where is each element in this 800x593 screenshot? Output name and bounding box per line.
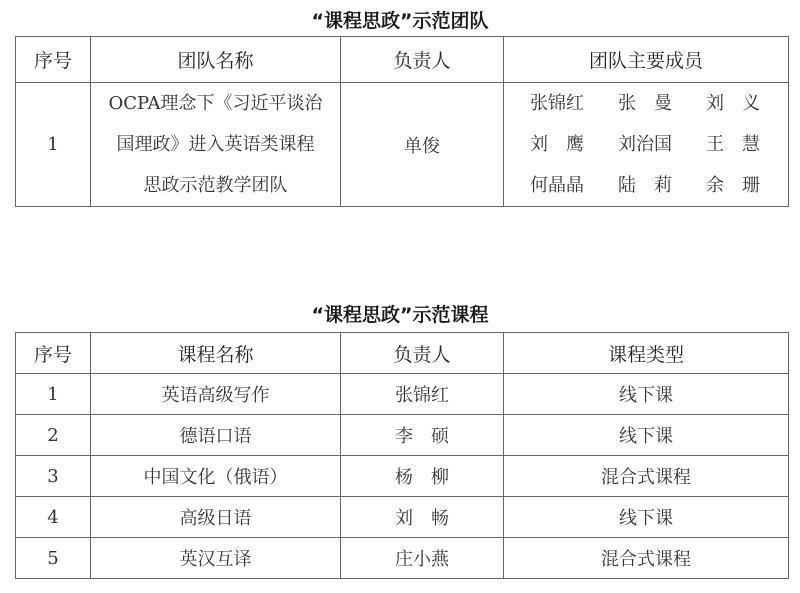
team-table: 序号 团队名称 负责人 团队主要成员 1 OCPA理念下《习近平谈治 国理政》进… [15,36,789,207]
team-section-title: “课程思政”示范团队 [0,6,800,33]
member-name: 余 珊 [706,165,760,206]
cell-course-type: 线下课 [504,374,789,415]
team-name-line: 国理政》进入英语类课程 [91,124,340,165]
cell-leader: 刘 畅 [341,497,504,538]
member-name: 刘 义 [706,83,760,124]
cell-course-name: 中国文化（俄语） [91,456,341,497]
table-header-row: 序号 团队名称 负责人 团队主要成员 [16,37,789,83]
table-row: 1 OCPA理念下《习近平谈治 国理政》进入英语类课程 思政示范教学团队 单俊 … [16,83,789,207]
cell-course-name: 英语高级写作 [91,374,341,415]
cell-team-name: OCPA理念下《习近平谈治 国理政》进入英语类课程 思政示范教学团队 [91,83,341,207]
cell-course-name: 德语口语 [91,415,341,456]
table-row: 4 高级日语 刘 畅 线下课 [16,497,789,538]
team-name-line: OCPA理念下《习近平谈治 [91,83,340,124]
member-name: 刘治国 [618,124,672,165]
header-leader: 负责人 [341,333,504,374]
members-line: 刘 鹰 刘治国 王 慧 [504,124,788,165]
members-line: 张锦红 张 曼 刘 义 [504,83,788,124]
header-course-type: 课程类型 [504,333,789,374]
cell-leader: 单俊 [341,83,504,207]
cell-leader: 李 硕 [341,415,504,456]
members-line: 何晶晶 陆 莉 余 珊 [504,165,788,206]
header-leader: 负责人 [341,37,504,83]
table-row: 5 英汉互译 庄小燕 混合式课程 [16,538,789,579]
cell-index: 2 [16,415,91,456]
member-name: 陆 莉 [618,165,672,206]
cell-course-type: 线下课 [504,415,789,456]
header-index: 序号 [16,333,91,374]
cell-course-type: 混合式课程 [504,538,789,579]
course-section-title: “课程思政”示范课程 [0,300,800,327]
header-index: 序号 [16,37,91,83]
table-header-row: 序号 课程名称 负责人 课程类型 [16,333,789,374]
member-name: 刘 鹰 [530,124,584,165]
cell-index: 3 [16,456,91,497]
cell-leader: 杨 柳 [341,456,504,497]
cell-index: 5 [16,538,91,579]
course-table: 序号 课程名称 负责人 课程类型 1 英语高级写作 张锦红 线下课 2 德语口语… [15,332,789,579]
cell-leader: 张锦红 [341,374,504,415]
cell-course-name: 高级日语 [91,497,341,538]
member-name: 王 慧 [706,124,760,165]
table-row: 3 中国文化（俄语） 杨 柳 混合式课程 [16,456,789,497]
cell-members: 张锦红 张 曼 刘 义 刘 鹰 刘治国 王 慧 何晶晶 陆 莉 余 珊 [504,83,789,207]
header-members: 团队主要成员 [504,37,789,83]
cell-index: 1 [16,374,91,415]
member-name: 张锦红 [530,83,584,124]
table-row: 1 英语高级写作 张锦红 线下课 [16,374,789,415]
cell-course-type: 线下课 [504,497,789,538]
team-name-line: 思政示范教学团队 [91,165,340,206]
member-name: 何晶晶 [530,165,584,206]
member-name: 张 曼 [618,83,672,124]
header-course-name: 课程名称 [91,333,341,374]
header-team-name: 团队名称 [91,37,341,83]
cell-index: 4 [16,497,91,538]
cell-leader: 庄小燕 [341,538,504,579]
cell-course-name: 英汉互译 [91,538,341,579]
table-row: 2 德语口语 李 硕 线下课 [16,415,789,456]
cell-index: 1 [16,83,91,207]
cell-course-type: 混合式课程 [504,456,789,497]
